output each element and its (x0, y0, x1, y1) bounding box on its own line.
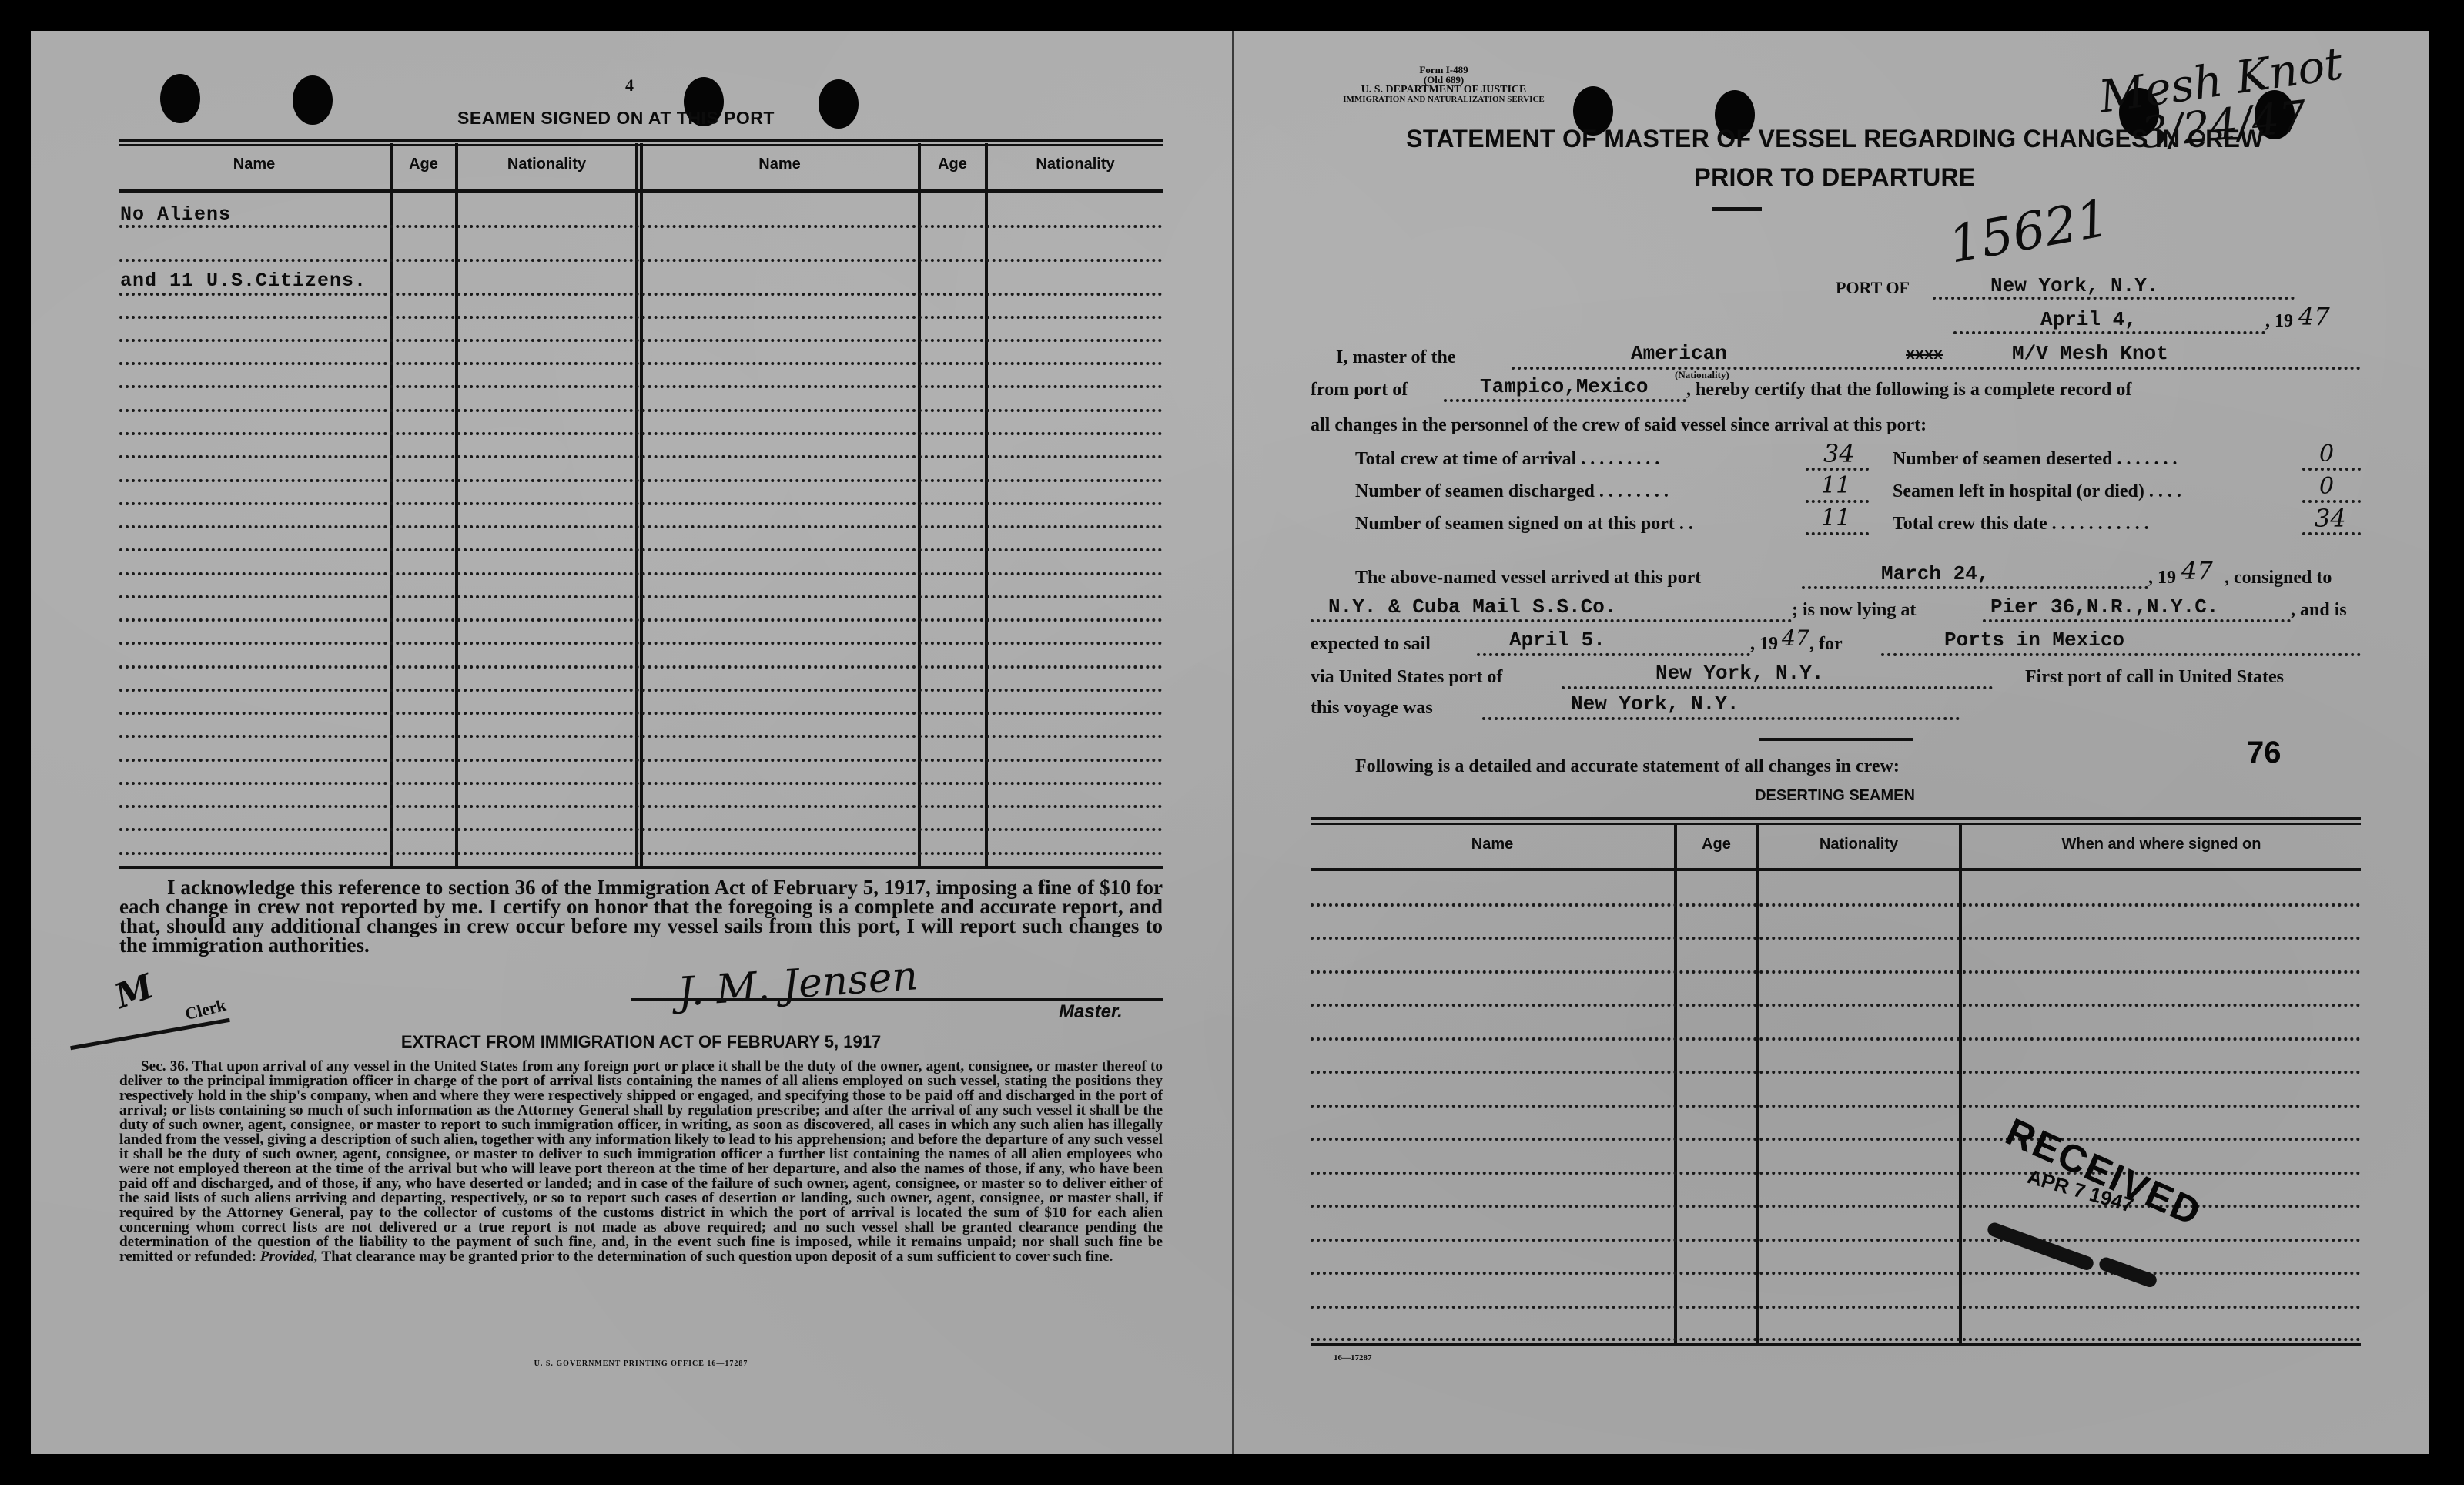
consignee-value: N.Y. & Cuba Mail S.S.Co. (1328, 595, 1616, 618)
port-of-label: PORT OF (1836, 278, 1910, 298)
stat-line (2302, 468, 2361, 471)
table-cell-name: No Aliens (120, 203, 231, 226)
extract-lead: Sec. 36. (141, 1058, 189, 1074)
row-line (119, 293, 1163, 296)
stat-label-total-date: Total crew this date . . . . . . . . . .… (1893, 514, 2149, 535)
row-line (119, 502, 1163, 505)
table-header-rule (1311, 868, 2361, 871)
column-header-age: Age (1677, 836, 1756, 853)
expected-label: expected to sail (1311, 634, 1431, 655)
table-top-rule (1311, 823, 2361, 825)
row-line (1311, 1272, 2361, 1275)
stat-line (1806, 532, 1869, 535)
row-line (119, 316, 1163, 319)
section-title: SEAMEN SIGNED ON AT THIS PORT (0, 108, 1232, 129)
year-value: 47 (2298, 302, 2330, 331)
row-line (1311, 1138, 2361, 1141)
table-top-rule (119, 139, 1163, 142)
row-line (119, 665, 1163, 669)
sail-year: 47 (1782, 625, 1809, 651)
printer-imprint: U. S. GOVERNMENT PRINTING OFFICE 16—1728… (119, 1359, 1163, 1368)
extract-proviso: Provided, (260, 1249, 318, 1265)
column-header-nationality: Nationality (458, 156, 635, 173)
row-line (119, 362, 1163, 365)
table-bottom-rule (119, 866, 1163, 869)
section-rule (1759, 738, 1913, 741)
row-line (119, 385, 1163, 388)
arrived-label: The above-named vessel arrived at this p… (1355, 568, 1701, 588)
row-line (119, 479, 1163, 482)
extract-body: Sec. 36. That upon arrival of any vessel… (119, 1059, 1163, 1264)
stat-value-hospital: 0 (2319, 473, 2334, 500)
form-header: Form I-489 (Old 689) U. S. DEPARTMENT OF… (1305, 65, 1582, 105)
stat-value-total-arrival: 34 (1823, 439, 1855, 468)
row-line (119, 852, 1163, 855)
department-name: U. S. DEPARTMENT OF JUSTICE (1305, 85, 1582, 95)
column-divider (1674, 823, 1677, 1343)
row-line (1311, 1338, 2361, 1341)
signature-line (631, 998, 1163, 1001)
column-header-nationality: Nationality (988, 156, 1163, 173)
row-line (119, 618, 1163, 622)
stat-label-hospital: Seamen left in hospital (or died) . . . … (1893, 481, 2181, 502)
stat-line (1806, 500, 1869, 503)
stat-value-total-date: 34 (2315, 504, 2346, 533)
column-header-name: Name (643, 156, 916, 173)
form-title: STATEMENT OF MASTER OF VESSEL REGARDING … (1309, 125, 2361, 153)
row-line (119, 805, 1163, 808)
nationality-value: American (1631, 342, 1727, 365)
lying-line (1983, 619, 2291, 622)
stat-label-discharged: Number of seamen discharged . . . . . . … (1355, 481, 1669, 502)
deserting-seamen-title: DESERTING SEAMEN (1309, 787, 2361, 805)
for-label: , for (1809, 634, 1843, 655)
row-line (1311, 1172, 2361, 1175)
table-cell-name: and 11 U.S.Citizens. (120, 270, 367, 292)
row-line (1311, 937, 2361, 940)
following-label: Following is a detailed and accurate sta… (1355, 756, 1900, 777)
stat-value-deserted: 0 (2319, 441, 2334, 468)
sail-date-line (1477, 653, 1750, 656)
first-port-line (1482, 717, 1960, 720)
and-is-label: , and is (2291, 600, 2347, 621)
sail-year-prefix: , 19 (1750, 634, 1778, 655)
destination-line (1881, 653, 2361, 656)
row-line (119, 828, 1163, 831)
printer-code: 16—17287 (1334, 1353, 1372, 1363)
row-line (119, 759, 1163, 762)
row-line (119, 225, 1163, 228)
row-line (119, 595, 1163, 598)
via-line (1562, 686, 1993, 689)
row-line (119, 455, 1163, 458)
extract-tail: That clearance may be granted prior to t… (321, 1249, 1113, 1265)
arrived-date: March 24, (1881, 562, 1989, 585)
row-line (119, 689, 1163, 692)
stat-label-signed-on: Number of seamen signed on at this port … (1355, 514, 1693, 535)
table-top-rule (1311, 817, 2361, 820)
column-header-nationality: Nationality (1759, 836, 1959, 853)
row-line (1311, 1037, 2361, 1041)
row-line (119, 782, 1163, 785)
row-line (119, 642, 1163, 645)
extract-title: EXTRACT FROM IMMIGRATION ACT OF FEBRUARY… (119, 1032, 1163, 1052)
date-line (1953, 331, 2265, 334)
row-line (119, 409, 1163, 412)
stat-label-total-arrival: Total crew at time of arrival . . . . . … (1355, 449, 1659, 470)
from-port-value: Tampico,Mexico (1480, 375, 1648, 398)
consignee-line (1311, 619, 1792, 622)
row-line (1311, 1071, 2361, 1074)
row-line (1311, 1105, 2361, 1108)
port-of-value: New York, N.Y. (1990, 274, 2158, 297)
stat-line (2302, 500, 2361, 503)
column-header-name: Name (1311, 836, 1674, 853)
first-port-label: First port of call in United States (2025, 667, 2284, 688)
form-subtitle: PRIOR TO DEPARTURE (1309, 163, 2361, 192)
destination-value: Ports in Mexico (1944, 629, 2124, 652)
stat-label-deserted: Number of seamen deserted . . . . . . . (1893, 449, 2178, 470)
column-divider (1959, 823, 1962, 1343)
certify-text-2: all changes in the personnel of the crew… (1311, 415, 1927, 436)
via-label: via United States port of (1311, 667, 1502, 688)
table-bottom-rule (1311, 1343, 2361, 1346)
column-header-age: Age (393, 156, 454, 173)
row-line (119, 735, 1163, 738)
row-line (1311, 1306, 2361, 1309)
page-number: 4 (625, 75, 634, 96)
from-port-label: from port of (1311, 380, 1408, 401)
lying-value: Pier 36,N.R.,N.Y.C. (1990, 595, 2218, 618)
row-line (119, 548, 1163, 551)
voyage-label: this voyage was (1311, 698, 1433, 719)
master-label: Master. (1059, 1001, 1123, 1023)
column-divider (1756, 823, 1759, 1343)
first-port-value: New York, N.Y. (1571, 692, 1739, 716)
from-port-line (1444, 399, 1686, 402)
struck-text: xxxx (1906, 347, 1943, 364)
master-of-label: I, master of the (1336, 347, 1456, 368)
stamp-number: 76 (2247, 736, 2282, 770)
date-value: April 4, (2040, 308, 2137, 331)
arrived-year: 47 (2181, 556, 2213, 585)
row-line (119, 339, 1163, 342)
column-header-age: Age (921, 156, 984, 173)
row-line (1311, 970, 2361, 974)
page-fold (1232, 31, 1234, 1454)
stat-value-discharged: 11 (1821, 472, 1850, 499)
arrived-year-prefix: , 19 (2148, 568, 2176, 588)
row-line (119, 259, 1163, 262)
row-line (119, 712, 1163, 715)
row-line (1311, 903, 2361, 907)
service-name: IMMIGRATION AND NATURALIZATION SERVICE (1305, 95, 1582, 105)
sail-date: April 5. (1509, 629, 1605, 652)
title-rule (1712, 207, 1762, 211)
via-port: New York, N.Y. (1655, 662, 1823, 685)
row-line (119, 525, 1163, 528)
certify-text: , hereby certify that the following is a… (1686, 380, 2131, 401)
stat-value-signed-on: 11 (1821, 504, 1850, 531)
row-line (119, 572, 1163, 575)
lying-label: ; is now lying at (1792, 600, 1916, 621)
row-line (119, 432, 1163, 435)
column-header-name: Name (119, 156, 389, 173)
consigned-label: , consigned to (2225, 568, 2332, 588)
year-prefix: , 19 (2265, 311, 2293, 332)
row-line (1311, 1239, 2361, 1242)
master-of-line (1512, 367, 2361, 370)
arrived-line (1802, 586, 2148, 589)
column-header-signed-on: When and where signed on (1962, 836, 2361, 853)
acknowledgment-text: I acknowledge this reference to section … (119, 878, 1163, 955)
row-line (1311, 1004, 2361, 1007)
vessel-name: M/V Mesh Knot (2012, 342, 2168, 365)
extract-text: That upon arrival of any vessel in the U… (119, 1058, 1163, 1265)
